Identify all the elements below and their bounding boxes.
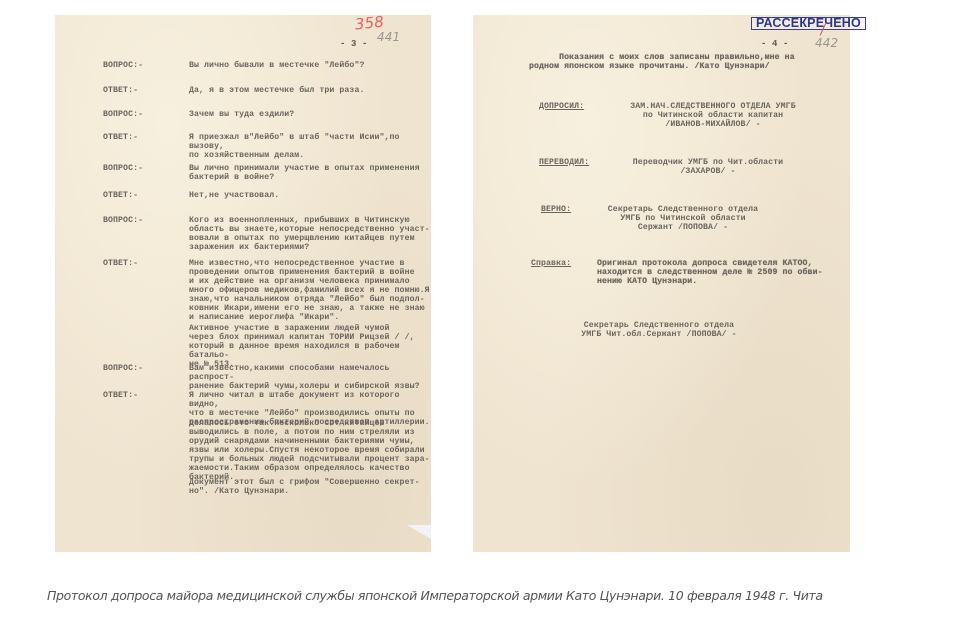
entry-text: Вы лично принимали участие в опытах прим…: [189, 164, 433, 182]
entry-label: ВОПРОС:-: [103, 216, 143, 225]
archive-number-pencil: 442: [815, 39, 838, 48]
entry-label: ОТВЕТ:-: [103, 391, 138, 400]
figure-caption: Протокол допроса майора медицинской служ…: [47, 588, 823, 603]
entry-text: Вам известно,какими способами намечалось…: [189, 364, 433, 391]
entry-text: Зачем вы туда ездили?: [189, 110, 433, 119]
archive-number-red: 358: [355, 18, 385, 30]
document-page-right: РАССЕКРЕЧЕНО 442 - 4 - Показания с моих …: [473, 15, 850, 552]
section-text-certified: Секретарь Следственного отдела УМГБ по Ч…: [593, 205, 773, 232]
section-label-interrogated-by: ДОПРОСИЛ:: [539, 102, 584, 111]
section-text-translated-by: Переводчик УМГБ по Чит.области /ЗАХАРОВ/…: [613, 158, 803, 176]
entry-label: ВОПРОС:-: [103, 110, 143, 119]
entry-text: Делалось это так.Несколько сот китайцев …: [189, 419, 433, 482]
section-text-reference: Оригинал протокола допроса свидетеля КАТ…: [597, 259, 823, 286]
entry-text: Да, я в этом местечке был три раза.: [189, 86, 433, 95]
secretary-signature: Секретарь Следственного отдела УМГБ Чит.…: [559, 321, 759, 339]
section-label-reference: Справка:: [531, 259, 571, 268]
entry-label: ОТВЕТ:-: [103, 133, 138, 142]
entry-label: ВОПРОС:-: [103, 164, 143, 173]
archive-number-pencil: 441: [377, 33, 400, 42]
entry-label: ВОПРОС:-: [103, 61, 143, 70]
intro-statement: Показания с моих слов записаны правильно…: [529, 53, 795, 71]
entry-text: Мне известно,что непосредственное участи…: [189, 259, 433, 322]
page-corner-fold: [407, 525, 431, 539]
section-label-certified: ВЕРНО:: [541, 205, 571, 214]
page-number: - 3 -: [340, 40, 368, 49]
entry-text: Документ этот был с грифом "Совершенно с…: [189, 478, 433, 496]
document-page-left: 358 441 - 3 - ВОПРОС:- Вы лично бывали в…: [55, 15, 431, 552]
entry-label: ОТВЕТ:-: [103, 259, 138, 268]
entry-label: ОТВЕТ:-: [103, 191, 138, 200]
section-text-interrogated-by: ЗАМ.НАЧ.СЛЕДСТВЕННОГО ОТДЕЛА УМГБ по Чит…: [613, 102, 813, 129]
section-label-translated-by: ПЕРЕВОДИЛ:: [539, 158, 589, 167]
page-number: - 4 -: [761, 40, 789, 49]
declassified-stamp: РАССЕКРЕЧЕНО: [751, 17, 866, 30]
entry-text: Вы лично бывали в местечке "Лейбо"?: [189, 61, 433, 70]
entry-label: ОТВЕТ:-: [103, 86, 138, 95]
entry-text: Активное участие в заражении людей чумой…: [189, 324, 433, 369]
entry-text: Кого из военнопленных, прибывших в Читин…: [189, 216, 433, 252]
entry-label: ВОПРОС:-: [103, 364, 143, 373]
entry-text: Нет,не участвовал.: [189, 191, 433, 200]
entry-text: Я приезжал в"Лейбо" в штаб "части Исии",…: [189, 133, 433, 160]
